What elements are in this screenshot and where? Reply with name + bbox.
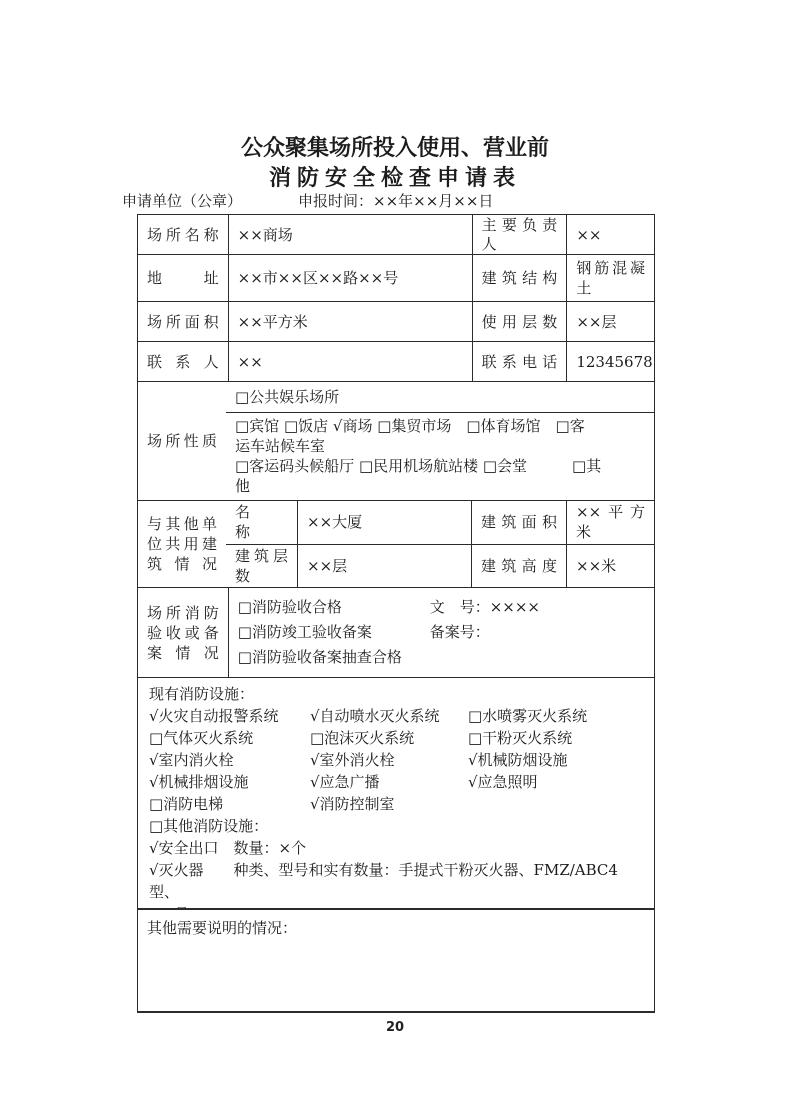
shared-building-label: 与其他单位共用建筑情况 — [138, 501, 226, 587]
floors-used-label: 使用层数 — [472, 302, 567, 341]
application-time-label: 申报时间：××年××月××日 — [298, 190, 493, 212]
building-height-value: ××米 — [566, 545, 654, 588]
facility-item: □干粉灭火系统 — [468, 727, 572, 749]
safety-exit-line: √安全出口 数量：×个 — [149, 837, 643, 859]
facility-row: √室内消火栓 √室外消火栓 √机械防烟设施 — [149, 749, 643, 771]
shared-building-details: 名称 ××大厦 建筑面积 ××平方米 建筑层数 ××层 建筑高度 ××米 — [226, 501, 654, 587]
fire-facilities-content: 现有消防设施： √火灾自动报警系统 √自动喷水灭火系统 □水喷雾灭火系统 □气体… — [138, 678, 654, 908]
extinguisher-line-continued: ××具 — [149, 903, 643, 908]
phone-label: 联系电话 — [472, 342, 567, 381]
application-form-table: 场所名称 ××商场 主要负责人 ×× 地址 ××市××区××路××号 建筑结构 … — [137, 214, 655, 1013]
row-fire-facilities: 现有消防设施： √火灾自动报警系统 √自动喷水灭火系统 □水喷雾灭火系统 □气体… — [138, 677, 654, 908]
row-address: 地址 ××市××区××路××号 建筑结构 钢筋混凝土 — [138, 254, 654, 301]
acceptance-qualified-option: □消防验收合格 — [238, 595, 430, 620]
place-name-value: ××商场 — [228, 215, 472, 254]
area-value: ××平方米 — [228, 302, 472, 341]
facility-item: √应急广播 — [310, 771, 468, 793]
facility-row: √机械排烟设施 √应急广播 √应急照明 — [149, 771, 643, 793]
applicant-unit-label: 申请单位（公章） — [122, 192, 242, 210]
row-area: 场所面积 ××平方米 使用层数 ××层 — [138, 301, 654, 341]
building-area-label: 建筑面积 — [471, 501, 566, 544]
facility-item: √室外消火栓 — [310, 749, 468, 771]
facility-row: √火灾自动报警系统 √自动喷水灭火系统 □水喷雾灭火系统 — [149, 705, 643, 727]
row-place-name: 场所名称 ××商场 主要负责人 ×× — [138, 215, 654, 254]
facility-item: √消防控制室 — [310, 793, 468, 815]
facility-item: √室内消火栓 — [149, 749, 310, 771]
building-name-label: 名称 — [226, 501, 297, 544]
row-fire-acceptance: 场所消防验收或备案情况 □消防验收合格 文 号：×××× □消防竣工验收备案 备… — [138, 587, 654, 677]
place-nature-options: □公共娱乐场所 □宾馆 □饭店 √商场 □集贸市场 □体育场馆 □客运车站候车室… — [226, 382, 654, 500]
spot-check-option: □消防验收备案抽查合格 — [238, 645, 402, 670]
facility-row: □消防电梯 √消防控制室 — [149, 793, 643, 815]
place-name-label: 场所名称 — [138, 215, 228, 254]
facility-item: √应急照明 — [468, 771, 538, 793]
fire-acceptance-label: 场所消防验收或备案情况 — [138, 588, 228, 677]
contact-label: 联系人 — [138, 342, 228, 381]
form-title-line2: 消防安全检查申请表 — [0, 163, 790, 193]
form-title: 公众聚集场所投入使用、营业前 消防安全检查申请表 — [0, 133, 790, 193]
form-title-line1: 公众聚集场所投入使用、营业前 — [0, 133, 790, 163]
building-floors-value: ××层 — [297, 545, 471, 588]
principal-value: ×× — [566, 215, 654, 254]
row-shared-building: 与其他单位共用建筑情况 名称 ××大厦 建筑面积 ××平方米 建筑层数 ××层 … — [138, 500, 654, 587]
facility-row: □气体灭火系统 □泡沫灭火系统 □干粉灭火系统 — [149, 727, 643, 749]
building-area-value: ××平方米 — [566, 501, 654, 544]
remarks-label: 其他需要说明的情况： — [138, 910, 654, 1011]
extinguisher-line: √灭火器 种类、型号和实有数量：手提式干粉灭火器、FMZ/ABC4 型、 — [149, 859, 643, 903]
floors-used-value: ××层 — [566, 302, 654, 341]
acceptance-line-1: □消防验收合格 文 号：×××× — [238, 595, 645, 620]
filing-number-label: 备案号： — [430, 620, 490, 645]
facility-item: □消防电梯 — [149, 793, 310, 815]
place-nature-label: 场所性质 — [138, 382, 226, 500]
contact-value: ×× — [228, 342, 472, 381]
building-height-label: 建筑高度 — [471, 545, 566, 588]
page-number: 20 — [0, 1020, 790, 1035]
row-remarks: 其他需要说明的情况： — [138, 908, 654, 1011]
acceptance-line-3: □消防验收备案抽查合格 — [238, 645, 645, 670]
completion-filing-option: □消防竣工验收备案 — [238, 620, 430, 645]
acceptance-line-2: □消防竣工验收备案 备案号： — [238, 620, 645, 645]
other-facilities-option: □其他消防设施： — [149, 815, 643, 837]
form-subheader: 申请单位（公章） 申报时间：××年××月××日 — [122, 190, 722, 212]
row-contact: 联系人 ×× 联系电话 12345678 — [138, 341, 654, 381]
facility-item: √机械排烟设施 — [149, 771, 310, 793]
principal-label: 主要负责人 — [472, 215, 567, 254]
area-label: 场所面积 — [138, 302, 228, 341]
fire-acceptance-content: □消防验收合格 文 号：×××× □消防竣工验收备案 备案号： □消防验收备案抽… — [228, 588, 654, 677]
facility-item: √机械防烟设施 — [468, 749, 568, 771]
facility-item: □气体灭火系统 — [149, 727, 310, 749]
building-name-value: ××大厦 — [297, 501, 471, 544]
phone-value: 12345678 — [566, 342, 654, 381]
building-floors-label: 建筑层数 — [226, 545, 297, 588]
address-label: 地址 — [138, 255, 228, 301]
structure-value: 钢筋混凝土 — [566, 255, 654, 301]
address-value: ××市××区××路××号 — [228, 255, 472, 301]
facility-item: √自动喷水灭火系统 — [310, 705, 468, 727]
facility-item: √火灾自动报警系统 — [149, 705, 310, 727]
facility-item: □水喷雾灭火系统 — [468, 705, 587, 727]
structure-label: 建筑结构 — [472, 255, 567, 301]
row-place-nature: 场所性质 □公共娱乐场所 □宾馆 □饭店 √商场 □集贸市场 □体育场馆 □客运… — [138, 381, 654, 500]
nature-option-list: □宾馆 □饭店 √商场 □集贸市场 □体育场馆 □客运车站候车室□客运码头候船厅… — [226, 413, 654, 500]
facilities-heading: 现有消防设施： — [149, 683, 643, 705]
document-number-label: 文 号：×××× — [430, 595, 540, 620]
facility-item: □泡沫灭火系统 — [310, 727, 468, 749]
document-page: 公众聚集场所投入使用、营业前 消防安全检查申请表 申请单位（公章） 申报时间：×… — [0, 0, 790, 1118]
nature-option-entertainment: □公共娱乐场所 — [226, 382, 654, 412]
